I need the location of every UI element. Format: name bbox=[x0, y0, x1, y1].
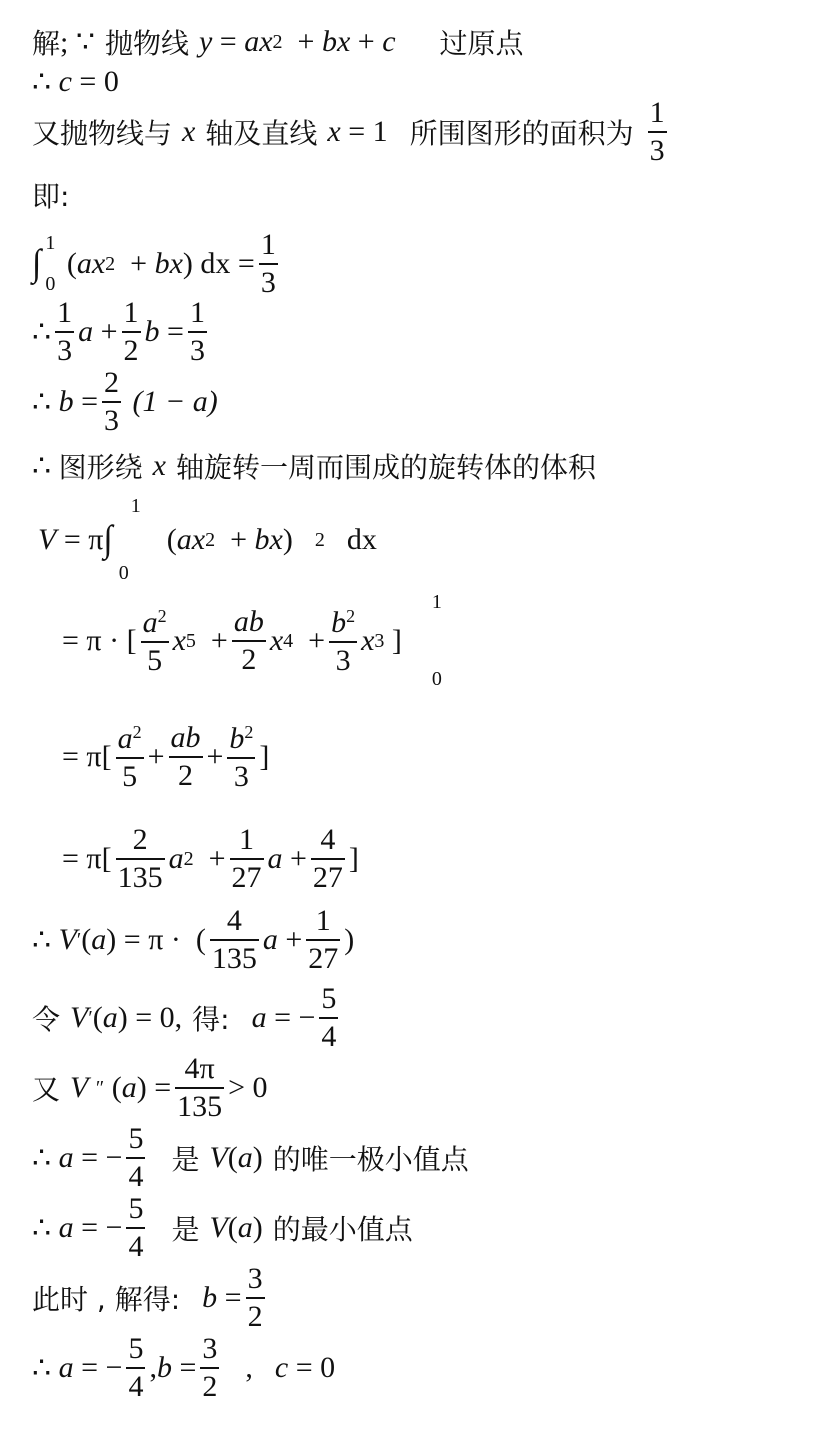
paren: ( bbox=[228, 1141, 238, 1175]
var: a bbox=[238, 1141, 253, 1175]
text: 是 bbox=[171, 1138, 199, 1178]
line-10: = π · [ a25 x5 + ab2 x4 + b23 x3 ] 10 bbox=[62, 586, 446, 696]
text: 过原点 bbox=[440, 22, 524, 62]
evaluation-limits: 10 bbox=[432, 591, 442, 691]
paren: ( bbox=[93, 1001, 103, 1035]
line-12: = π[ 2135 a2 + 127 a + 427 ] bbox=[62, 814, 359, 904]
op: = bbox=[62, 740, 79, 774]
fraction: 13 bbox=[648, 98, 667, 166]
var: V bbox=[70, 1071, 88, 1105]
op: > bbox=[228, 1071, 245, 1105]
line-19: ∴ a = − 54 ,b = 32 , c = 0 bbox=[32, 1328, 335, 1408]
op: = bbox=[154, 1071, 171, 1105]
var: a bbox=[169, 842, 184, 876]
text: 又 bbox=[32, 1068, 60, 1108]
var: x bbox=[270, 624, 283, 658]
differential: dx bbox=[347, 523, 377, 557]
bracket: ] bbox=[392, 624, 402, 658]
var: c bbox=[382, 25, 395, 59]
var: a bbox=[177, 523, 192, 557]
line-9: V = π ∫ 10 (ax2 + bx) 2 dx bbox=[38, 490, 377, 590]
line-4: 即: bbox=[32, 155, 69, 235]
line-16: ∴ a = − 54 是 V(a) 的唯一极小值点 bbox=[32, 1118, 469, 1198]
text: 的唯一极小值点 bbox=[273, 1138, 469, 1178]
var: x bbox=[182, 115, 195, 149]
fraction: 127 bbox=[306, 906, 340, 974]
line-17: ∴ a = − 54 是 V(a) 的最小值点 bbox=[32, 1188, 413, 1268]
paren: ) bbox=[253, 1211, 263, 1245]
num: 0 bbox=[253, 1071, 268, 1105]
op: = bbox=[225, 1281, 242, 1315]
var: x bbox=[170, 247, 183, 281]
bracket: ] bbox=[259, 740, 269, 774]
text: 此时 , 解得: bbox=[32, 1278, 180, 1318]
op: + bbox=[101, 315, 118, 349]
op: · bbox=[171, 923, 181, 957]
var: b bbox=[322, 25, 337, 59]
var: x bbox=[192, 523, 205, 557]
bracket: [ bbox=[102, 842, 112, 876]
op: = bbox=[220, 25, 237, 59]
var: b bbox=[157, 1351, 172, 1385]
op: − bbox=[106, 1351, 123, 1385]
pi: π bbox=[86, 624, 101, 658]
fraction: 4135 bbox=[210, 906, 259, 974]
op: = bbox=[167, 315, 184, 349]
num: 0 bbox=[320, 1351, 335, 1385]
punct: , bbox=[149, 1351, 157, 1385]
fraction: a25 bbox=[141, 607, 169, 676]
var: b bbox=[59, 385, 74, 419]
var: x bbox=[269, 523, 282, 557]
fraction: 54 bbox=[319, 984, 338, 1052]
paren: ) bbox=[118, 1001, 128, 1035]
fraction: 54 bbox=[126, 1194, 145, 1262]
line-18: 此时 , 解得: b = 32 bbox=[32, 1258, 269, 1338]
punct: , bbox=[245, 1351, 253, 1385]
text: 所围图形的面积为 bbox=[410, 112, 634, 152]
var: a bbox=[244, 25, 259, 59]
fraction: 4π135 bbox=[175, 1054, 224, 1122]
line-3: 又抛物线与 x 轴及直线 x = 1 所围图形的面积为 13 bbox=[32, 92, 671, 172]
var: a bbox=[268, 842, 283, 876]
op: = bbox=[274, 1001, 291, 1035]
punct: , bbox=[175, 1001, 183, 1035]
op: = bbox=[81, 1141, 98, 1175]
pi: π bbox=[86, 842, 101, 876]
integral-limits: 10 bbox=[119, 495, 141, 585]
therefore-symbol: ∴ bbox=[32, 449, 51, 484]
op: + bbox=[148, 740, 165, 774]
var: a bbox=[252, 1001, 267, 1035]
op: = bbox=[179, 1351, 196, 1385]
var: a bbox=[238, 1211, 253, 1245]
op: = bbox=[62, 842, 79, 876]
paren: ) bbox=[106, 923, 116, 957]
fraction: 13 bbox=[259, 230, 278, 298]
text: 轴及直线 bbox=[205, 112, 317, 152]
text: 轴旋转一周而围成的旋转体的体积 bbox=[176, 446, 596, 486]
exp: 2 bbox=[184, 848, 194, 871]
paren: ) bbox=[283, 523, 293, 557]
var: a bbox=[59, 1141, 74, 1175]
exp: 2 bbox=[273, 31, 283, 54]
var: b bbox=[155, 247, 170, 281]
therefore-symbol: ∴ bbox=[32, 1141, 51, 1176]
integral-symbol: ∫ bbox=[32, 243, 41, 285]
var: b bbox=[254, 523, 269, 557]
fraction: 13 bbox=[188, 298, 207, 366]
var: V bbox=[70, 1001, 88, 1035]
op: = bbox=[81, 1351, 98, 1385]
fraction: 32 bbox=[200, 1334, 219, 1402]
var: a bbox=[78, 315, 93, 349]
var: b bbox=[145, 315, 160, 349]
fraction: b23 bbox=[329, 607, 357, 676]
text: 是 bbox=[171, 1208, 199, 1248]
var: a bbox=[122, 1071, 137, 1105]
var: x bbox=[153, 449, 166, 483]
var: c bbox=[275, 1351, 288, 1385]
therefore-symbol: ∴ bbox=[32, 385, 51, 420]
fraction: b23 bbox=[227, 723, 255, 792]
fraction: 54 bbox=[126, 1334, 145, 1402]
paren: ) bbox=[183, 247, 193, 281]
text: 又 bbox=[32, 112, 60, 152]
fraction: 54 bbox=[126, 1124, 145, 1192]
fraction: 12 bbox=[122, 298, 141, 366]
integral-symbol: ∫ bbox=[103, 519, 112, 561]
var: a bbox=[59, 1351, 74, 1385]
var: x bbox=[361, 624, 374, 658]
text: 图形绕 bbox=[59, 446, 143, 486]
var: a bbox=[59, 1211, 74, 1245]
paren: ( bbox=[67, 247, 77, 281]
var: V bbox=[59, 923, 77, 957]
var: b bbox=[202, 1281, 217, 1315]
fraction: 13 bbox=[55, 298, 74, 366]
op: = bbox=[296, 1351, 313, 1385]
therefore-symbol: ∴ bbox=[32, 1211, 51, 1246]
exp: 5 bbox=[186, 630, 196, 653]
therefore-symbol: ∴ bbox=[32, 315, 51, 350]
var: x bbox=[337, 25, 350, 59]
paren: ) bbox=[344, 923, 354, 957]
op: + bbox=[130, 247, 147, 281]
op: − bbox=[299, 1001, 316, 1035]
therefore-symbol: ∴ bbox=[32, 1351, 51, 1386]
var: a bbox=[77, 247, 92, 281]
text: 得: bbox=[192, 998, 229, 1038]
line-14: 令 V′(a) = 0, 得: a = − 54 bbox=[32, 978, 342, 1058]
op: + bbox=[211, 624, 228, 658]
bracket: [ bbox=[127, 624, 137, 658]
fraction: 32 bbox=[246, 1264, 265, 1332]
fraction: 427 bbox=[311, 825, 345, 893]
line-15: 又 V ″ (a) = 4π135 > 0 bbox=[32, 1048, 268, 1128]
op: − bbox=[106, 1211, 123, 1245]
var: x bbox=[327, 115, 340, 149]
paren: ) bbox=[253, 1141, 263, 1175]
exp: 3 bbox=[374, 630, 384, 653]
op: = bbox=[81, 1211, 98, 1245]
line-11: = π[ a25 + ab2 + b23 ] bbox=[62, 712, 269, 802]
op: = bbox=[81, 385, 98, 419]
pi: π bbox=[86, 740, 101, 774]
therefore-symbol: ∴ bbox=[32, 923, 51, 958]
bracket: [ bbox=[102, 740, 112, 774]
var: a bbox=[263, 923, 278, 957]
paren: ( bbox=[112, 1071, 122, 1105]
text: 抛物线与 bbox=[60, 112, 172, 152]
fraction: 127 bbox=[230, 825, 264, 893]
fraction: ab2 bbox=[169, 723, 203, 791]
op: · bbox=[109, 624, 119, 658]
op: + bbox=[285, 923, 302, 957]
fraction: 2135 bbox=[116, 825, 165, 893]
paren: ( bbox=[196, 923, 206, 957]
op: = bbox=[64, 523, 81, 557]
line-6: ∴ 13 a + 12 b = 13 bbox=[32, 292, 211, 372]
pi: π bbox=[88, 523, 103, 557]
num: 1 bbox=[373, 115, 388, 149]
exp: 2 bbox=[315, 529, 325, 552]
op: + bbox=[207, 740, 224, 774]
expression: (1 − a) bbox=[133, 385, 218, 419]
paren: ( bbox=[81, 923, 91, 957]
var: x bbox=[259, 25, 272, 59]
op: + bbox=[298, 25, 315, 59]
var: x bbox=[92, 247, 105, 281]
var: V bbox=[209, 1211, 227, 1245]
text: 的最小值点 bbox=[273, 1208, 413, 1248]
op: + bbox=[358, 25, 375, 59]
double-prime: ″ bbox=[96, 1077, 104, 1100]
fraction: ab2 bbox=[232, 607, 266, 675]
var: y bbox=[199, 25, 212, 59]
op: − bbox=[106, 1141, 123, 1175]
op: = bbox=[124, 923, 141, 957]
num: 0 bbox=[160, 1001, 175, 1035]
var: V bbox=[38, 523, 56, 557]
integral-limits: 10 bbox=[45, 232, 55, 296]
var: V bbox=[209, 1141, 227, 1175]
op: + bbox=[308, 624, 325, 658]
op: + bbox=[209, 842, 226, 876]
text: 令 bbox=[32, 998, 60, 1038]
op: = bbox=[238, 247, 255, 281]
text: 即: bbox=[32, 175, 69, 215]
bracket: ] bbox=[349, 842, 359, 876]
paren: ( bbox=[228, 1211, 238, 1245]
exp: 2 bbox=[105, 253, 115, 276]
pi: π bbox=[148, 923, 163, 957]
op: + bbox=[230, 523, 247, 557]
op: = bbox=[348, 115, 365, 149]
var: a bbox=[91, 923, 106, 957]
paren: ( bbox=[167, 523, 177, 557]
fraction: a25 bbox=[116, 723, 144, 792]
exp: 2 bbox=[205, 529, 215, 552]
line-13: ∴ V′(a) = π · ( 4135 a + 127 ) bbox=[32, 900, 354, 980]
paren: ) bbox=[137, 1071, 147, 1105]
op: + bbox=[290, 842, 307, 876]
var: a bbox=[103, 1001, 118, 1035]
exp: 4 bbox=[283, 630, 293, 653]
differential: dx bbox=[200, 247, 230, 281]
var: x bbox=[173, 624, 186, 658]
op: = bbox=[135, 1001, 152, 1035]
op: = bbox=[62, 624, 79, 658]
